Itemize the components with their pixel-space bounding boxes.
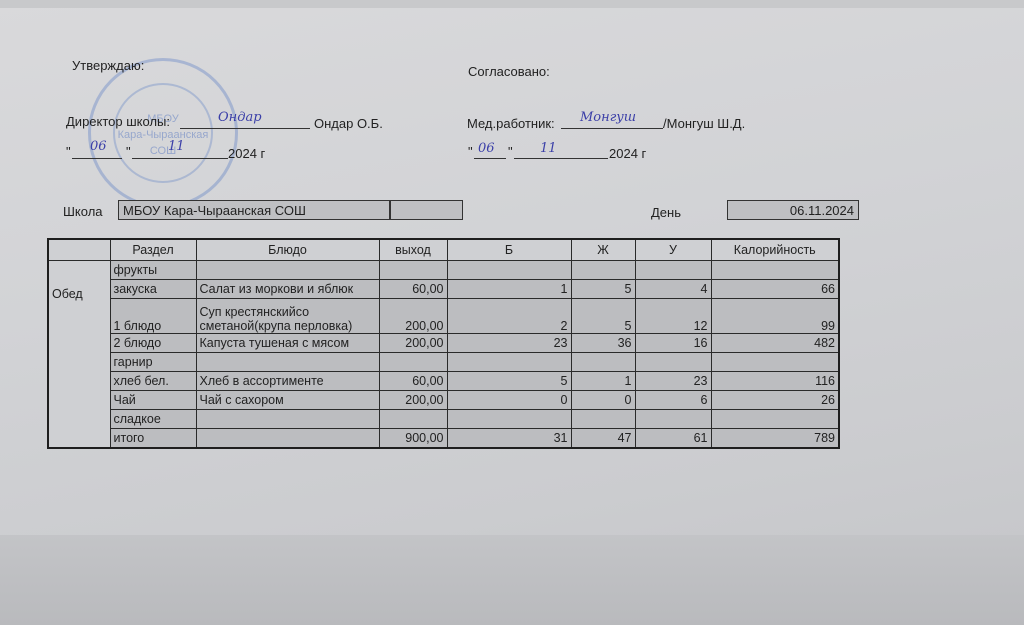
yield-cell: 60,00: [379, 280, 447, 299]
menu-table: Раздел Блюдо выход Б Ж У Калорийность Об…: [47, 238, 840, 449]
protein-cell: 23: [447, 334, 571, 353]
med-signature: Монгуш: [580, 110, 636, 125]
calories-cell: 116: [711, 372, 839, 391]
day-field: 06.11.2024: [727, 200, 859, 220]
director-name: Ондар О.Б.: [314, 116, 383, 131]
section-cell: 1 блюдо: [110, 299, 196, 334]
section-cell: закуска: [110, 280, 196, 299]
dish-cell: [196, 261, 379, 280]
calories-cell: 26: [711, 391, 839, 410]
protein-cell: [447, 410, 571, 429]
yield-cell: 900,00: [379, 429, 447, 449]
protein-cell: 5: [447, 372, 571, 391]
section-cell: итого: [110, 429, 196, 449]
calories-cell: [711, 410, 839, 429]
col-header-carbs: У: [635, 239, 711, 261]
calories-cell: 789: [711, 429, 839, 449]
carbs-cell: [635, 410, 711, 429]
dish-cell: [196, 353, 379, 372]
fat-cell: [571, 353, 635, 372]
col-header-section: Раздел: [110, 239, 196, 261]
carbs-cell: 4: [635, 280, 711, 299]
section-cell: фрукты: [110, 261, 196, 280]
school-extra-field: [390, 200, 463, 220]
carbs-cell: [635, 353, 711, 372]
director-signature: Ондар: [218, 110, 262, 125]
col-header-protein: Б: [447, 239, 571, 261]
director-date-quote-open: ": [66, 144, 71, 159]
calories-cell: 66: [711, 280, 839, 299]
yield-cell: [379, 261, 447, 280]
fat-cell: [571, 410, 635, 429]
dish-cell: [196, 429, 379, 449]
yield-cell: [379, 410, 447, 429]
table-row: 2 блюдо Капуста тушеная с мясом 200,00 2…: [48, 334, 839, 353]
table-row: гарнир: [48, 353, 839, 372]
day-label: День: [651, 205, 681, 220]
director-date-quote-close: ": [126, 144, 131, 159]
stamp-text-2: Кара-Чыраанская: [91, 129, 235, 141]
protein-cell: 2: [447, 299, 571, 334]
director-month: 11: [168, 139, 185, 154]
calories-cell: 482: [711, 334, 839, 353]
med-day-line: [474, 158, 506, 159]
med-date-quote-close: ": [508, 144, 513, 159]
dish-cell: Хлеб в ассортименте: [196, 372, 379, 391]
section-cell: сладкое: [110, 410, 196, 429]
yield-cell: [379, 353, 447, 372]
table-row: сладкое: [48, 410, 839, 429]
dish-cell: [196, 410, 379, 429]
dish-cell: Салат из моркови и яблюк: [196, 280, 379, 299]
protein-cell: [447, 261, 571, 280]
carbs-cell: 61: [635, 429, 711, 449]
med-signature-line: [561, 128, 663, 129]
col-header-blank: [48, 239, 110, 261]
director-signature-line: [180, 128, 310, 129]
director-month-line: [132, 158, 228, 159]
table-row: Обед фрукты: [48, 261, 839, 280]
school-name-field: МБОУ Кара-Чыраанская СОШ: [118, 200, 390, 220]
med-date-quote-open: ": [468, 144, 473, 159]
background-surface: [0, 535, 1024, 625]
carbs-cell: [635, 261, 711, 280]
yield-cell: 60,00: [379, 372, 447, 391]
section-cell: Чай: [110, 391, 196, 410]
fat-cell: [571, 261, 635, 280]
section-cell: хлеб бел.: [110, 372, 196, 391]
col-header-dish: Блюдо: [196, 239, 379, 261]
calories-cell: [711, 353, 839, 372]
fat-cell: 0: [571, 391, 635, 410]
table-row: 1 блюдо Суп крестянскийсосметаной(крупа …: [48, 299, 839, 334]
carbs-cell: 12: [635, 299, 711, 334]
table-row: закуска Салат из моркови и яблюк 60,00 1…: [48, 280, 839, 299]
med-year: 2024 г: [609, 146, 646, 161]
table-header-row: Раздел Блюдо выход Б Ж У Калорийность: [48, 239, 839, 261]
approve-label: Утверждаю:: [72, 58, 144, 73]
carbs-cell: 16: [635, 334, 711, 353]
table-row: хлеб бел. Хлеб в ассортименте 60,00 5 1 …: [48, 372, 839, 391]
director-year: 2024 г: [228, 146, 265, 161]
table-row: итого 900,00 31 47 61 789: [48, 429, 839, 449]
col-header-calories: Калорийность: [711, 239, 839, 261]
med-name: /Монгуш Ш.Д.: [663, 116, 745, 131]
carbs-cell: 6: [635, 391, 711, 410]
yield-cell: 200,00: [379, 299, 447, 334]
director-label: Директор школы:: [66, 114, 170, 129]
calories-cell: 99: [711, 299, 839, 334]
carbs-cell: 23: [635, 372, 711, 391]
calories-cell: [711, 261, 839, 280]
dish-cell: Капуста тушеная с мясом: [196, 334, 379, 353]
med-month-line: [514, 158, 608, 159]
director-day-line: [72, 158, 122, 159]
yield-cell: 200,00: [379, 334, 447, 353]
stamp-text-3: СОШ: [91, 145, 235, 157]
med-day: 06: [478, 141, 495, 156]
section-cell: гарнир: [110, 353, 196, 372]
protein-cell: 0: [447, 391, 571, 410]
agreed-label: Согласовано:: [468, 64, 550, 79]
protein-cell: 1: [447, 280, 571, 299]
med-month: 11: [540, 141, 557, 156]
table-row: Чай Чай с сахором 200,00 0 0 6 26: [48, 391, 839, 410]
dish-cell: Чай с сахором: [196, 391, 379, 410]
school-label: Школа: [63, 204, 103, 219]
fat-cell: 47: [571, 429, 635, 449]
col-header-yield: выход: [379, 239, 447, 261]
fat-cell: 1: [571, 372, 635, 391]
director-day: 06: [90, 139, 107, 154]
meal-cell: Обед: [48, 261, 110, 449]
fat-cell: 36: [571, 334, 635, 353]
school-stamp: МБОУ Кара-Чыраанская СОШ: [88, 58, 238, 208]
col-header-fat: Ж: [571, 239, 635, 261]
fat-cell: 5: [571, 299, 635, 334]
section-cell: 2 блюдо: [110, 334, 196, 353]
yield-cell: 200,00: [379, 391, 447, 410]
fat-cell: 5: [571, 280, 635, 299]
dish-cell: Суп крестянскийсосметаной(крупа перловка…: [196, 299, 379, 334]
med-label: Мед.работник:: [467, 116, 555, 131]
protein-cell: 31: [447, 429, 571, 449]
protein-cell: [447, 353, 571, 372]
page-edge: [0, 0, 1024, 8]
